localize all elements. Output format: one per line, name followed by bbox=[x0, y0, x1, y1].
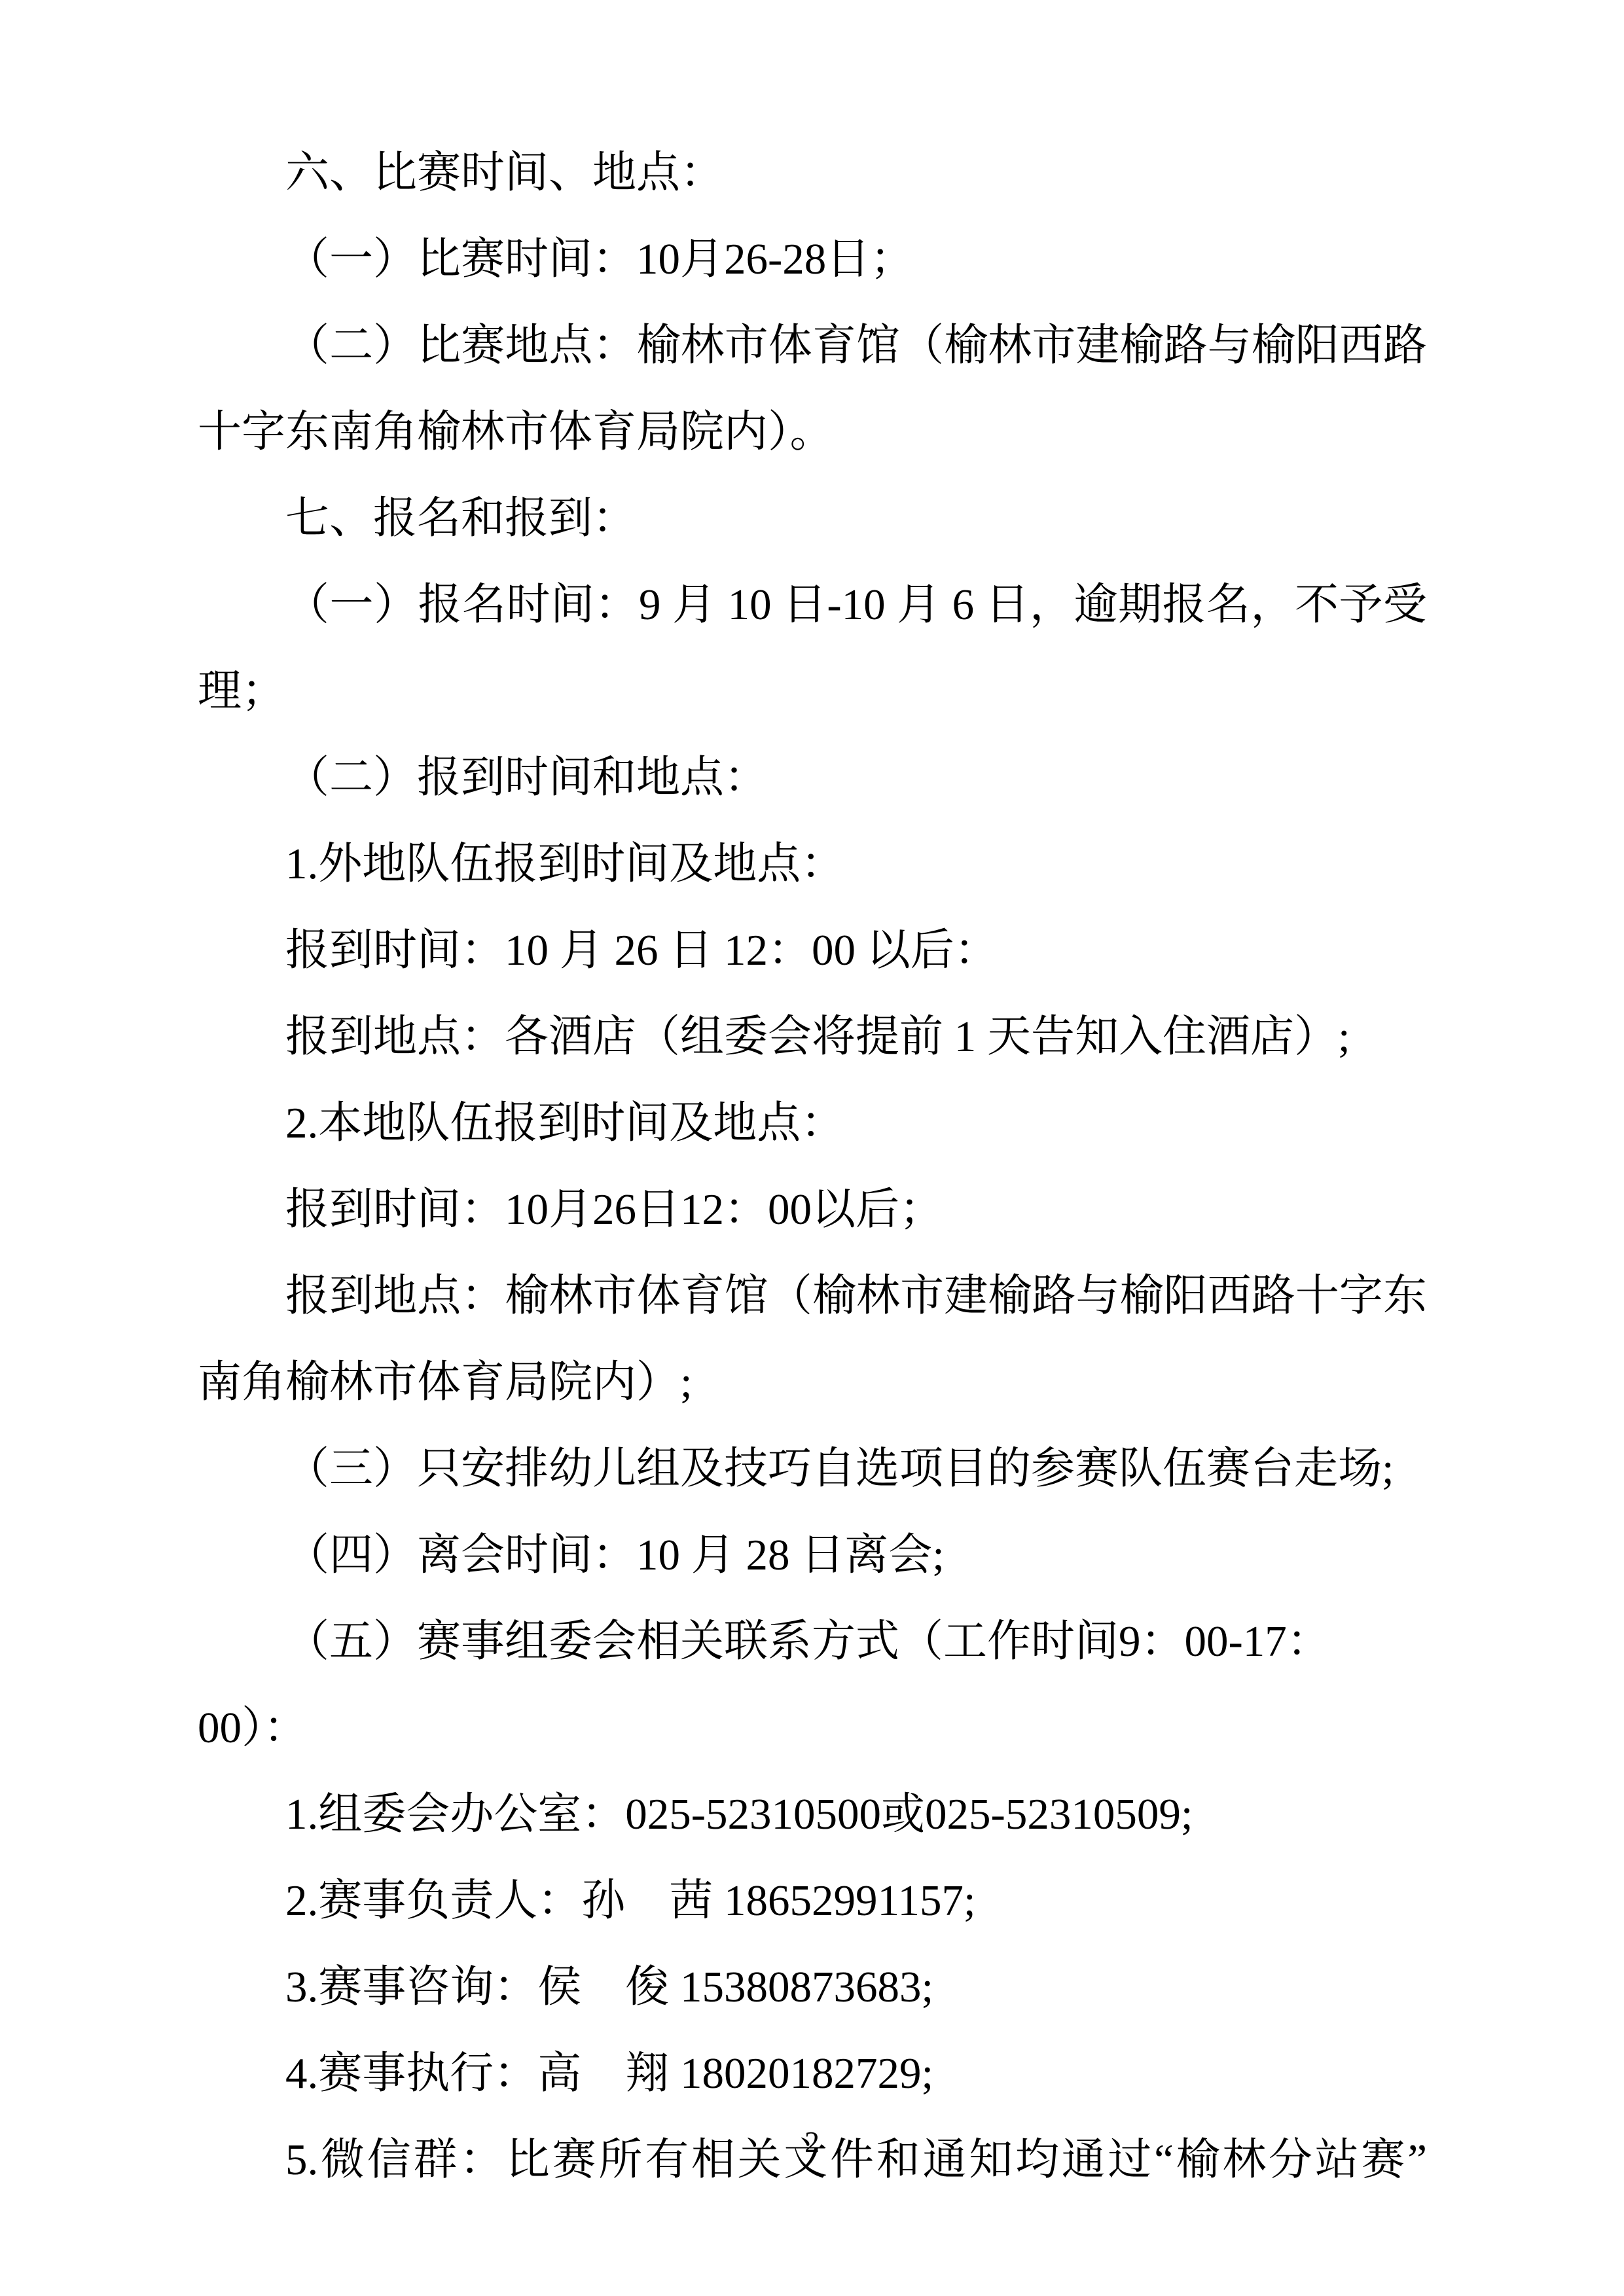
line-stage-walkthrough: （三）只安排幼儿组及技巧自选项目的参赛队伍赛台走场; bbox=[198, 1426, 1427, 1512]
line-checkin-time-place-heading: （二）报到时间和地点： bbox=[198, 734, 1427, 821]
page-number: 2 bbox=[0, 2125, 1624, 2160]
line-registration-time: （一）报名时间：9 月 10 日-10 月 6 日，逾期报名，不予受 bbox=[198, 562, 1427, 648]
line-outoftown-checkin-time: 报到时间：10 月 26 日 12：00 以后： bbox=[198, 907, 1427, 994]
section-heading-competition-time-place: 六、比赛时间、地点： bbox=[198, 130, 1427, 216]
line-event-manager-contact: 2.赛事负责人：孙 茜 18652991157; bbox=[198, 1857, 1427, 1944]
document-body: 六、比赛时间、地点： （一）比赛时间：10月26-28日； （二）比赛地点：榆林… bbox=[198, 130, 1427, 2203]
line-competition-venue-cont: 十字东南角榆林市体育局院内）。 bbox=[198, 389, 1427, 475]
line-event-execution-contact: 4.赛事执行：高 翔 18020182729; bbox=[198, 2030, 1427, 2117]
line-committee-contact-heading: （五）赛事组委会相关联系方式（工作时间9：00-17：00）： bbox=[198, 1598, 1427, 1771]
line-local-checkin-place: 报到地点：榆林市体育馆（榆林市建榆路与榆阳西路十字东 bbox=[198, 1253, 1427, 1339]
line-local-checkin-time: 报到时间：10月26日12：00以后； bbox=[198, 1166, 1427, 1253]
line-event-consult-contact: 3.赛事咨询：侯 俊 15380873683; bbox=[198, 1944, 1427, 2030]
section-heading-registration: 七、报名和报到： bbox=[198, 475, 1427, 562]
line-competition-time: （一）比赛时间：10月26-28日； bbox=[198, 216, 1427, 302]
line-competition-venue: （二）比赛地点：榆林市体育馆（榆林市建榆路与榆阳西路 bbox=[198, 302, 1427, 389]
line-committee-office-phone: 1.组委会办公室：025-52310500或025-52310509; bbox=[198, 1771, 1427, 1857]
line-outoftown-checkin-place: 报到地点：各酒店（组委会将提前 1 天告知入住酒店）; bbox=[198, 994, 1427, 1080]
line-local-checkin-place-cont: 南角榆林市体育局院内）; bbox=[198, 1339, 1427, 1426]
line-registration-time-cont: 理； bbox=[198, 648, 1427, 734]
line-local-teams-heading: 2.本地队伍报到时间及地点： bbox=[198, 1080, 1427, 1166]
line-departure-time: （四）离会时间：10 月 28 日离会; bbox=[198, 1512, 1427, 1598]
line-outoftown-teams-heading: 1.外地队伍报到时间及地点： bbox=[198, 821, 1427, 907]
document-page: 六、比赛时间、地点： （一）比赛时间：10月26-28日； （二）比赛地点：榆林… bbox=[0, 0, 1624, 2296]
